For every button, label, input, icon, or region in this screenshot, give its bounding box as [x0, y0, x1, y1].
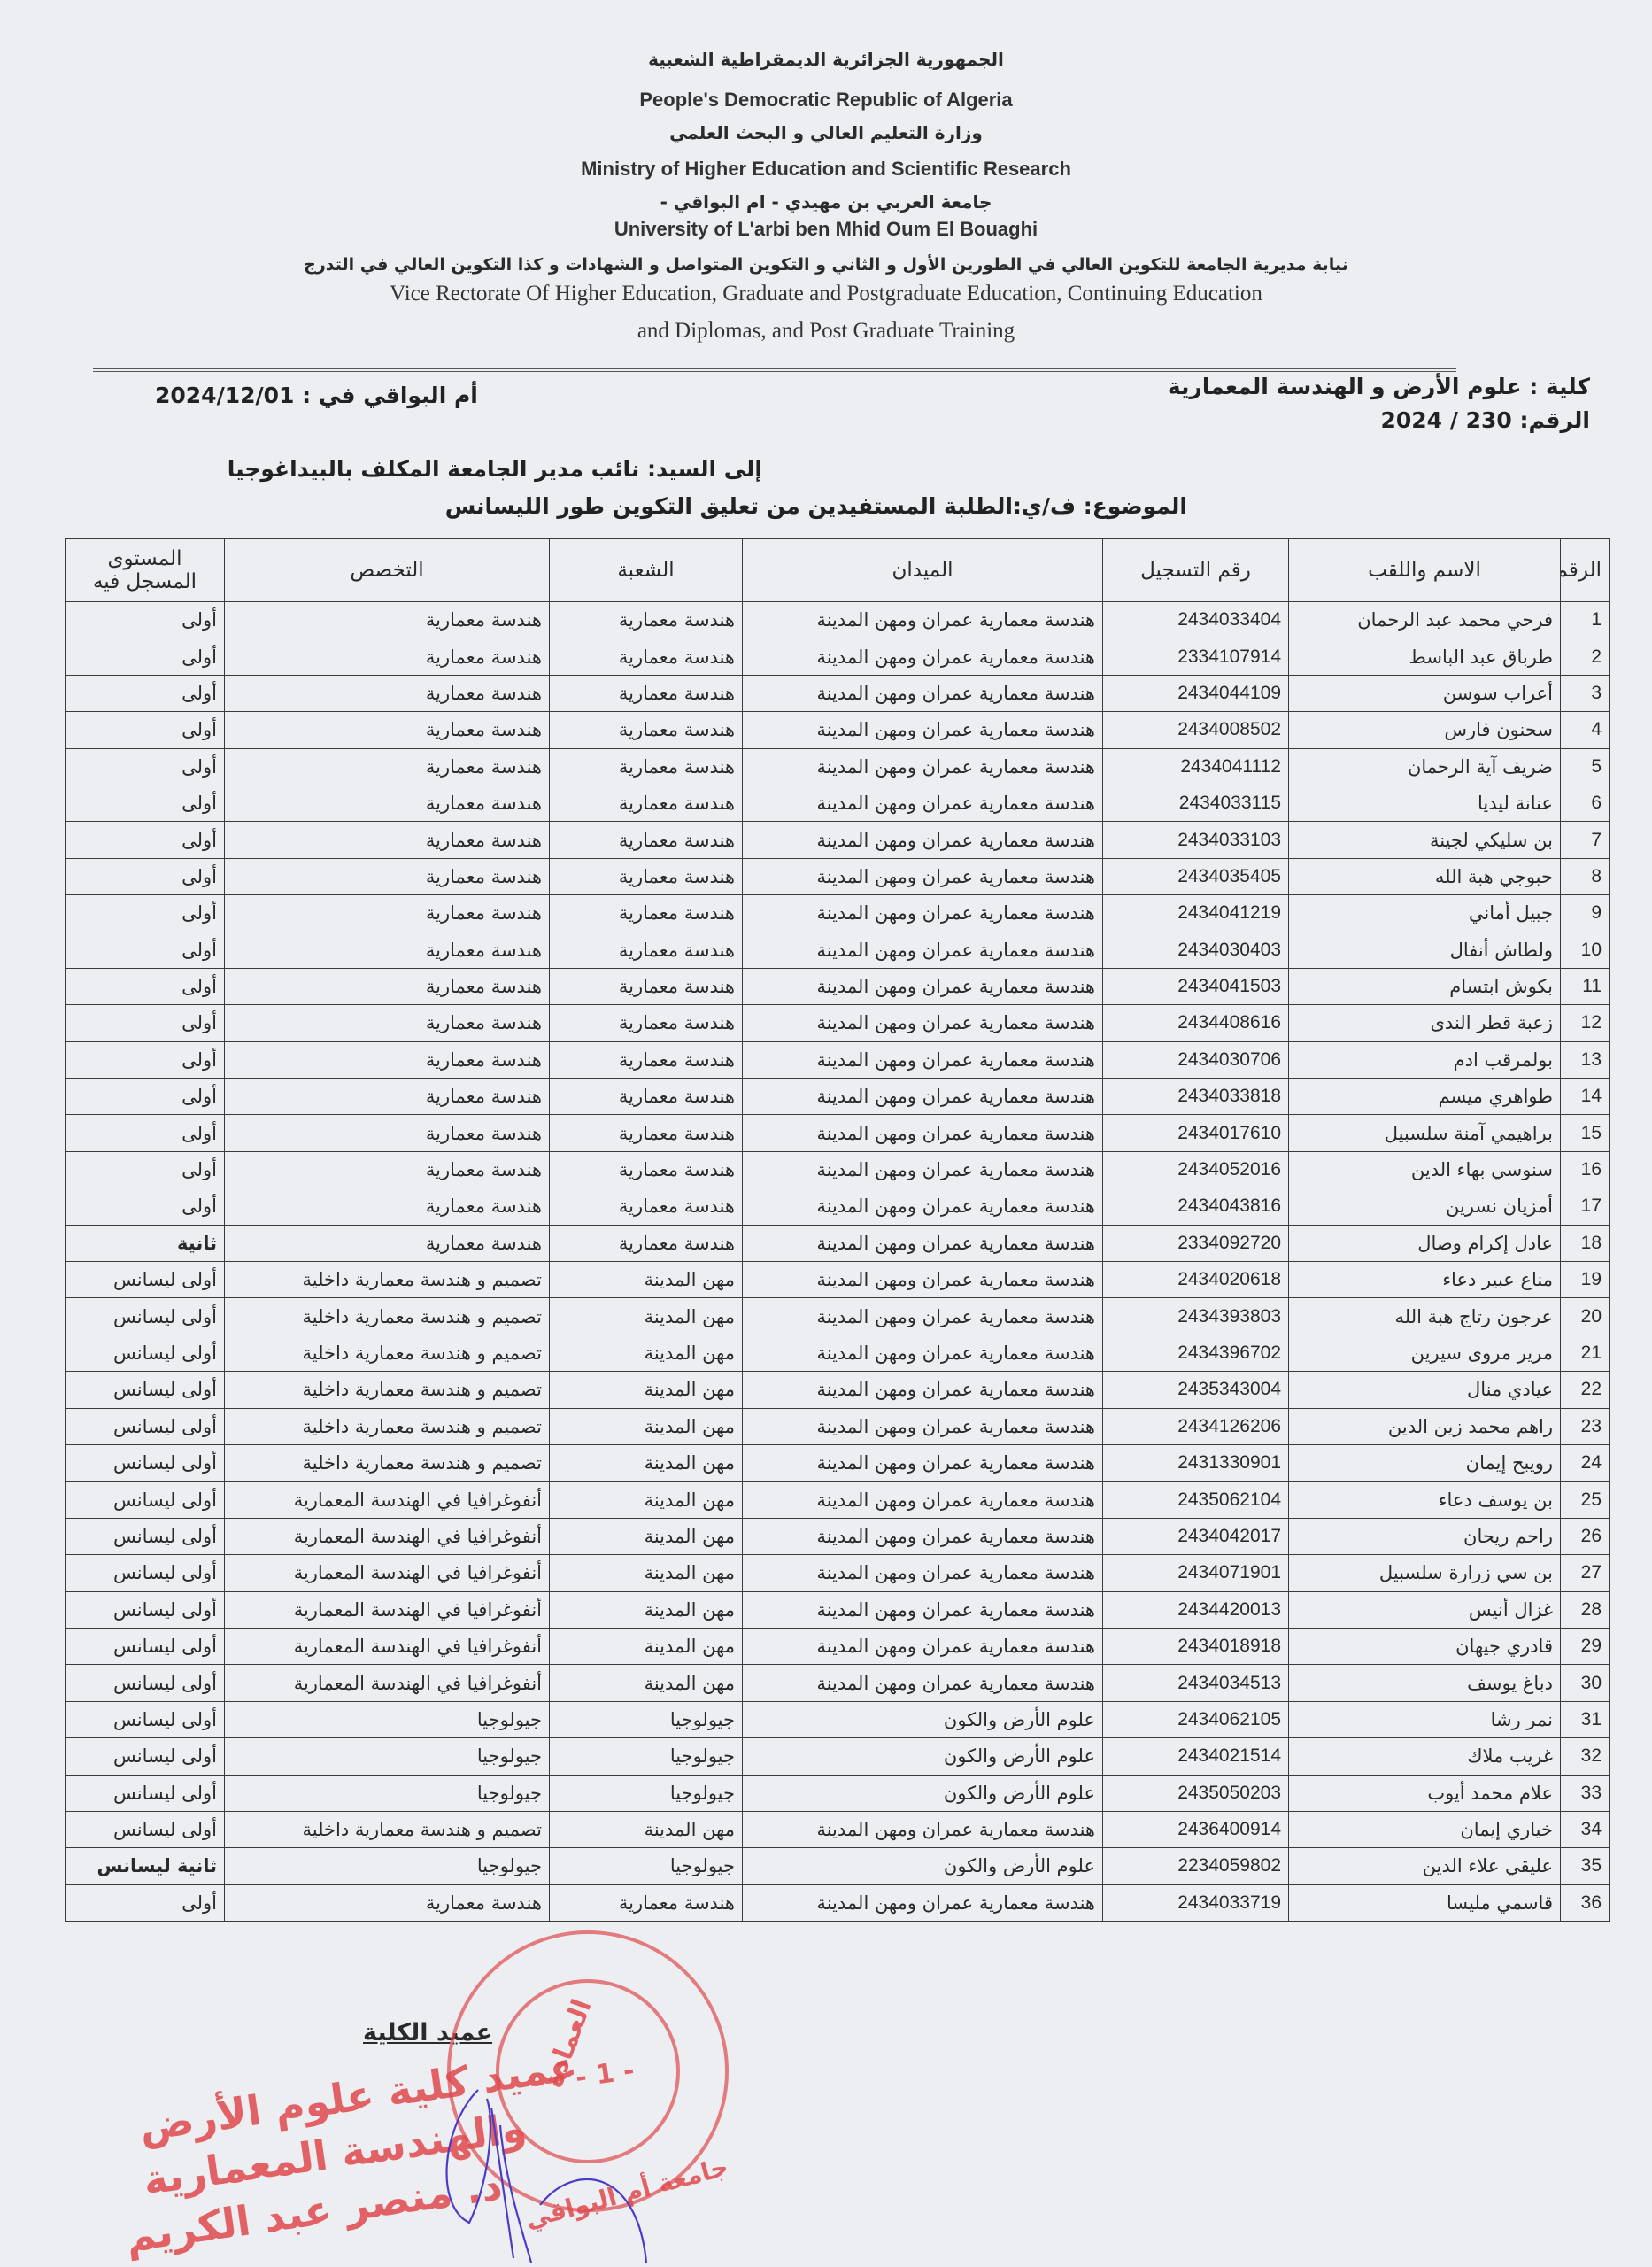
cell-registration-number: 2434042017 [1103, 1518, 1289, 1554]
cell-branch: مهن المدينة [550, 1555, 743, 1591]
cell-domain: هندسة معمارية عمران ومهن المدينة [743, 1298, 1103, 1335]
cell-specialty: تصميم و هندسة معمارية داخلية [225, 1408, 550, 1444]
table-row: 31نمر رشا2434062105علوم الأرض والكونجيول… [66, 1701, 1610, 1737]
cell-row-number: 3 [1561, 675, 1610, 711]
cell-row-number: 5 [1561, 748, 1610, 785]
table-row: 23راهم محمد زين الدين2434126206هندسة معم… [66, 1408, 1610, 1444]
cell-registration-number: 2434008502 [1103, 712, 1289, 748]
cell-registration-number: 2434018918 [1103, 1628, 1289, 1664]
cell-specialty: أنفوغرافيا في الهندسة المعمارية [225, 1482, 550, 1518]
cell-domain: هندسة معمارية عمران ومهن المدينة [743, 675, 1103, 711]
table-row: 34خياري إيمان2436400914هندسة معمارية عمر… [66, 1811, 1610, 1847]
col-header-domain: الميدان [743, 539, 1103, 602]
cell-student-name: جبيل أماني [1289, 895, 1561, 932]
cell-domain: هندسة معمارية عمران ومهن المدينة [743, 858, 1103, 894]
cell-domain: هندسة معمارية عمران ومهن المدينة [743, 1115, 1103, 1151]
cell-specialty: أنفوغرافيا في الهندسة المعمارية [225, 1555, 550, 1591]
cell-level: أولى ليسانس [66, 1372, 225, 1408]
cell-row-number: 29 [1561, 1628, 1610, 1664]
col-header-branch: الشعبة [550, 539, 743, 602]
cell-registration-number: 2435062104 [1103, 1482, 1289, 1518]
cell-domain: علوم الأرض والكون [743, 1701, 1103, 1737]
cell-branch: جيولوجيا [550, 1738, 743, 1775]
col-header-reg: رقم التسجيل [1103, 539, 1289, 602]
cell-student-name: سحنون فارس [1289, 712, 1561, 748]
cell-registration-number: 2434043816 [1103, 1188, 1289, 1225]
cell-specialty: أنفوغرافيا في الهندسة المعمارية [225, 1628, 550, 1664]
cell-level: أولى [66, 1041, 225, 1078]
cell-domain: هندسة معمارية عمران ومهن المدينة [743, 602, 1103, 638]
cell-domain: هندسة معمارية عمران ومهن المدينة [743, 1811, 1103, 1847]
cell-branch: هندسة معمارية [550, 1188, 743, 1225]
country-name-en: People's Democratic Republic of Algeria [0, 89, 1652, 112]
ministry-name-en: Ministry of Higher Education and Scienti… [0, 158, 1652, 181]
cell-registration-number: 2435050203 [1103, 1775, 1289, 1811]
cell-student-name: حبوجي هبة الله [1289, 858, 1561, 894]
cell-specialty: جيولوجيا [225, 1775, 550, 1811]
cell-row-number: 34 [1561, 1811, 1610, 1847]
col-header-name: الاسم واللقب [1289, 539, 1561, 602]
cell-domain: هندسة معمارية عمران ومهن المدينة [743, 1335, 1103, 1371]
cell-registration-number: 2434030403 [1103, 932, 1289, 968]
cell-student-name: قادري جيهان [1289, 1628, 1561, 1664]
table-row: 2طرباق عبد الباسط2334107914هندسة معمارية… [66, 638, 1610, 675]
cell-registration-number: 2434041112 [1103, 748, 1289, 785]
cell-student-name: أعراب سوسن [1289, 675, 1561, 711]
table-row: 14طواهري ميسم2434033818هندسة معمارية عمر… [66, 1079, 1610, 1115]
vice-rectorate-ar: نيابة مديرية الجامعة للتكوين العالي في ا… [0, 255, 1652, 275]
cell-branch: هندسة معمارية [550, 638, 743, 675]
table-row: 25بن يوسف دعاء2435062104هندسة معمارية عم… [66, 1482, 1610, 1518]
cell-specialty: جيولوجيا [225, 1738, 550, 1775]
cell-level: أولى [66, 748, 225, 785]
table-row: 11بكوش ابتسام2434041503هندسة معمارية عمر… [66, 968, 1610, 1004]
cell-specialty: هندسة معمارية [225, 675, 550, 711]
cell-branch: هندسة معمارية [550, 822, 743, 858]
cell-domain: هندسة معمارية عمران ومهن المدينة [743, 1408, 1103, 1444]
cell-branch: مهن المدينة [550, 1372, 743, 1408]
cell-specialty: تصميم و هندسة معمارية داخلية [225, 1335, 550, 1371]
cell-row-number: 11 [1561, 968, 1610, 1004]
cell-student-name: براهيمي آمنة سلسبيل [1289, 1115, 1561, 1151]
cell-level: أولى [66, 1079, 225, 1115]
cell-level: أولى [66, 638, 225, 675]
cell-row-number: 23 [1561, 1408, 1610, 1444]
table-row: 9جبيل أماني2434041219هندسة معمارية عمران… [66, 895, 1610, 932]
cell-level: أولى ليسانس [66, 1811, 225, 1847]
cell-branch: مهن المدينة [550, 1298, 743, 1335]
faculty-label: كلية : علوم الأرض و الهندسة المعمارية [1168, 374, 1590, 399]
cell-student-name: خياري إيمان [1289, 1811, 1561, 1847]
cell-specialty: هندسة معمارية [225, 1225, 550, 1261]
cell-row-number: 6 [1561, 785, 1610, 821]
ministry-name-ar: وزارة التعليم العالي و البحث العلمي [0, 122, 1652, 143]
cell-branch: هندسة معمارية [550, 1225, 743, 1261]
cell-student-name: سنوسي بهاء الدين [1289, 1151, 1561, 1188]
cell-student-name: غريب ملاك [1289, 1738, 1561, 1775]
table-row: 8حبوجي هبة الله2434035405هندسة معمارية ع… [66, 858, 1610, 894]
cell-student-name: زعبة قطر الندى [1289, 1005, 1561, 1041]
cell-registration-number: 2436400914 [1103, 1811, 1289, 1847]
cell-branch: جيولوجيا [550, 1701, 743, 1737]
cell-branch: مهن المدينة [550, 1335, 743, 1371]
table-row: 32غريب ملاك2434021514علوم الأرض والكونجي… [66, 1738, 1610, 1775]
cell-row-number: 35 [1561, 1848, 1610, 1884]
cell-branch: مهن المدينة [550, 1482, 743, 1518]
addressee: إلى السيد: نائب مدير الجامعة المكلف بالب… [228, 456, 762, 482]
cell-student-name: رويبح إيمان [1289, 1444, 1561, 1481]
cell-specialty: أنفوغرافيا في الهندسة المعمارية [225, 1591, 550, 1628]
subject-line: الموضوع: ف/ي:الطلبة المستفيدين من تعليق … [445, 493, 1187, 519]
cell-registration-number: 2334092720 [1103, 1225, 1289, 1261]
cell-specialty: هندسة معمارية [225, 968, 550, 1004]
university-name-ar: جامعة العربي بن مهيدي - ام البواقي - [0, 191, 1652, 213]
cell-specialty: جيولوجيا [225, 1848, 550, 1884]
cell-specialty: هندسة معمارية [225, 1151, 550, 1188]
cell-branch: هندسة معمارية [550, 932, 743, 968]
handwritten-signature-icon [416, 2072, 682, 2267]
cell-registration-number: 2434017610 [1103, 1115, 1289, 1151]
cell-registration-number: 2434044109 [1103, 675, 1289, 711]
cell-student-name: ولطاش أنفال [1289, 932, 1561, 968]
cell-level: أولى [66, 1005, 225, 1041]
cell-level: أولى ليسانس [66, 1482, 225, 1518]
cell-level: أولى [66, 1115, 225, 1151]
cell-registration-number: 2434033404 [1103, 602, 1289, 638]
cell-level: أولى ليسانس [66, 1518, 225, 1554]
cell-level: أولى [66, 712, 225, 748]
table-row: 1فرحي محمد عبد الرحمان2434033404هندسة مع… [66, 602, 1610, 638]
cell-row-number: 28 [1561, 1591, 1610, 1628]
cell-specialty: هندسة معمارية [225, 822, 550, 858]
cell-domain: هندسة معمارية عمران ومهن المدينة [743, 1555, 1103, 1591]
cell-row-number: 20 [1561, 1298, 1610, 1335]
cell-domain: هندسة معمارية عمران ومهن المدينة [743, 1262, 1103, 1298]
cell-row-number: 27 [1561, 1555, 1610, 1591]
cell-level: أولى [66, 1884, 225, 1921]
cell-level: أولى [66, 675, 225, 711]
cell-domain: هندسة معمارية عمران ومهن المدينة [743, 932, 1103, 968]
cell-row-number: 17 [1561, 1188, 1610, 1225]
cell-row-number: 31 [1561, 1701, 1610, 1737]
cell-level: أولى [66, 822, 225, 858]
cell-specialty: هندسة معمارية [225, 895, 550, 932]
cell-row-number: 24 [1561, 1444, 1610, 1481]
cell-specialty: تصميم و هندسة معمارية داخلية [225, 1811, 550, 1847]
cell-level: أولى ليسانس [66, 1298, 225, 1335]
cell-branch: مهن المدينة [550, 1665, 743, 1701]
cell-registration-number: 2434041503 [1103, 968, 1289, 1004]
country-name-ar: الجمهورية الجزائرية الديمقراطية الشعبية [0, 49, 1652, 70]
cell-domain: علوم الأرض والكون [743, 1775, 1103, 1811]
cell-row-number: 22 [1561, 1372, 1610, 1408]
cell-domain: هندسة معمارية عمران ومهن المدينة [743, 895, 1103, 932]
cell-row-number: 26 [1561, 1518, 1610, 1554]
cell-row-number: 33 [1561, 1775, 1610, 1811]
cell-specialty: جيولوجيا [225, 1701, 550, 1737]
place-date: أم البواقي في : 2024/12/01 [155, 383, 478, 408]
cell-domain: هندسة معمارية عمران ومهن المدينة [743, 1188, 1103, 1225]
cell-domain: هندسة معمارية عمران ومهن المدينة [743, 1151, 1103, 1188]
cell-specialty: تصميم و هندسة معمارية داخلية [225, 1372, 550, 1408]
cell-level: أولى ليسانس [66, 1738, 225, 1775]
cell-student-name: بن يوسف دعاء [1289, 1482, 1561, 1518]
cell-specialty: هندسة معمارية [225, 712, 550, 748]
cell-specialty: هندسة معمارية [225, 1884, 550, 1921]
cell-branch: هندسة معمارية [550, 712, 743, 748]
cell-level: أولى ليسانس [66, 1444, 225, 1481]
cell-level: أولى ليسانس [66, 1555, 225, 1591]
cell-domain: هندسة معمارية عمران ومهن المدينة [743, 712, 1103, 748]
cell-domain: هندسة معمارية عمران ومهن المدينة [743, 1591, 1103, 1628]
cell-branch: جيولوجيا [550, 1775, 743, 1811]
cell-registration-number: 2435343004 [1103, 1372, 1289, 1408]
table-row: 19مناع عبير دعاء2434020618هندسة معمارية … [66, 1262, 1610, 1298]
cell-student-name: فرحي محمد عبد الرحمان [1289, 602, 1561, 638]
table-row: 30دباغ يوسف2434034513هندسة معمارية عمران… [66, 1665, 1610, 1701]
cell-level: ثانية [66, 1225, 225, 1261]
cell-row-number: 12 [1561, 1005, 1610, 1041]
table-row: 13بولمرقب ادم2434030706هندسة معمارية عمر… [66, 1041, 1610, 1078]
cell-branch: هندسة معمارية [550, 1115, 743, 1151]
cell-registration-number: 2434052016 [1103, 1151, 1289, 1188]
cell-branch: هندسة معمارية [550, 675, 743, 711]
cell-domain: هندسة معمارية عمران ومهن المدينة [743, 968, 1103, 1004]
cell-branch: مهن المدينة [550, 1811, 743, 1847]
cell-student-name: بن سليكي لجينة [1289, 822, 1561, 858]
cell-branch: هندسة معمارية [550, 968, 743, 1004]
cell-student-name: غزال أنيس [1289, 1591, 1561, 1628]
table-row: 18عادل إكرام وصال2334092720هندسة معمارية… [66, 1225, 1610, 1261]
table-row: 22عيادي منال2435343004هندسة معمارية عمرا… [66, 1372, 1610, 1408]
cell-student-name: مناع عبير دعاء [1289, 1262, 1561, 1298]
col-header-num: الرقم [1561, 539, 1610, 602]
cell-row-number: 8 [1561, 858, 1610, 894]
cell-student-name: ضريف آية الرحمان [1289, 748, 1561, 785]
cell-student-name: مرير مروى سيرين [1289, 1335, 1561, 1371]
cell-registration-number: 2434420013 [1103, 1591, 1289, 1628]
cell-domain: هندسة معمارية عمران ومهن المدينة [743, 638, 1103, 675]
cell-registration-number: 2434041219 [1103, 895, 1289, 932]
cell-specialty: هندسة معمارية [225, 748, 550, 785]
table-row: 33علام محمد أيوب2435050203علوم الأرض وال… [66, 1775, 1610, 1811]
cell-level: أولى ليسانس [66, 1665, 225, 1701]
cell-row-number: 9 [1561, 895, 1610, 932]
table-row: 21مرير مروى سيرين2434396702هندسة معمارية… [66, 1335, 1610, 1371]
cell-branch: مهن المدينة [550, 1408, 743, 1444]
cell-branch: مهن المدينة [550, 1262, 743, 1298]
cell-domain: هندسة معمارية عمران ومهن المدينة [743, 1372, 1103, 1408]
cell-student-name: عنانة ليديا [1289, 785, 1561, 821]
table-row: 5ضريف آية الرحمان2434041112هندسة معمارية… [66, 748, 1610, 785]
cell-row-number: 13 [1561, 1041, 1610, 1078]
cell-level: أولى ليسانس [66, 1701, 225, 1737]
cell-row-number: 4 [1561, 712, 1610, 748]
cell-row-number: 2 [1561, 638, 1610, 675]
col-header-specialty: التخصص [225, 539, 550, 602]
cell-row-number: 16 [1561, 1151, 1610, 1188]
cell-specialty: أنفوغرافيا في الهندسة المعمارية [225, 1518, 550, 1554]
cell-branch: هندسة معمارية [550, 1005, 743, 1041]
cell-level: أولى ليسانس [66, 1628, 225, 1664]
cell-registration-number: 2434062105 [1103, 1701, 1289, 1737]
cell-student-name: بكوش ابتسام [1289, 968, 1561, 1004]
vice-rectorate-en-line2: and Diplomas, and Post Graduate Training [0, 319, 1652, 344]
cell-specialty: هندسة معمارية [225, 602, 550, 638]
cell-registration-number: 2434126206 [1103, 1408, 1289, 1444]
table-row: 15براهيمي آمنة سلسبيل2434017610هندسة معم… [66, 1115, 1610, 1151]
cell-row-number: 18 [1561, 1225, 1610, 1261]
table-row: 16سنوسي بهاء الدين2434052016هندسة معماري… [66, 1151, 1610, 1188]
cell-level: أولى [66, 932, 225, 968]
cell-domain: هندسة معمارية عمران ومهن المدينة [743, 822, 1103, 858]
cell-registration-number: 2434033719 [1103, 1884, 1289, 1921]
cell-level: أولى ليسانس [66, 1775, 225, 1811]
cell-branch: هندسة معمارية [550, 785, 743, 821]
cell-student-name: أمزيان نسرين [1289, 1188, 1561, 1225]
cell-branch: مهن المدينة [550, 1628, 743, 1664]
cell-student-name: راهم محمد زين الدين [1289, 1408, 1561, 1444]
cell-row-number: 15 [1561, 1115, 1610, 1151]
cell-branch: هندسة معمارية [550, 895, 743, 932]
cell-registration-number: 2434033103 [1103, 822, 1289, 858]
cell-row-number: 25 [1561, 1482, 1610, 1518]
cell-level: أولى ليسانس [66, 1408, 225, 1444]
cell-domain: هندسة معمارية عمران ومهن المدينة [743, 1041, 1103, 1078]
cell-registration-number: 2434021514 [1103, 1738, 1289, 1775]
cell-row-number: 14 [1561, 1079, 1610, 1115]
cell-branch: هندسة معمارية [550, 602, 743, 638]
table-row: 26راحم ريحان2434042017هندسة معمارية عمرا… [66, 1518, 1610, 1554]
cell-level: أولى [66, 1151, 225, 1188]
col-header-level: المستوى المسجل فيه [66, 539, 225, 602]
cell-level: أولى [66, 858, 225, 894]
cell-specialty: هندسة معمارية [225, 932, 550, 968]
cell-specialty: تصميم و هندسة معمارية داخلية [225, 1298, 550, 1335]
cell-registration-number: 2334107914 [1103, 638, 1289, 675]
cell-specialty: هندسة معمارية [225, 858, 550, 894]
cell-branch: هندسة معمارية [550, 1079, 743, 1115]
cell-branch: هندسة معمارية [550, 1151, 743, 1188]
cell-student-name: عليقي علاء الدين [1289, 1848, 1561, 1884]
cell-domain: هندسة معمارية عمران ومهن المدينة [743, 1518, 1103, 1554]
cell-registration-number: 2431330901 [1103, 1444, 1289, 1481]
cell-row-number: 10 [1561, 932, 1610, 968]
cell-registration-number: 2434033818 [1103, 1079, 1289, 1115]
cell-specialty: هندسة معمارية [225, 785, 550, 821]
cell-registration-number: 2434396702 [1103, 1335, 1289, 1371]
cell-specialty: هندسة معمارية [225, 1188, 550, 1225]
cell-domain: علوم الأرض والكون [743, 1848, 1103, 1884]
table-row: 35عليقي علاء الدين2234059802علوم الأرض و… [66, 1848, 1610, 1884]
cell-branch: هندسة معمارية [550, 1041, 743, 1078]
university-name-en: University of L'arbi ben Mhid Oum El Bou… [0, 218, 1652, 241]
cell-specialty: تصميم و هندسة معمارية داخلية [225, 1262, 550, 1298]
cell-level: أولى [66, 968, 225, 1004]
cell-registration-number: 2434035405 [1103, 858, 1289, 894]
cell-student-name: عيادي منال [1289, 1372, 1561, 1408]
cell-registration-number: 2434034513 [1103, 1665, 1289, 1701]
cell-student-name: بولمرقب ادم [1289, 1041, 1561, 1078]
table-body: 1فرحي محمد عبد الرحمان2434033404هندسة مع… [66, 602, 1610, 1922]
cell-student-name: عادل إكرام وصال [1289, 1225, 1561, 1261]
cell-level: أولى [66, 1188, 225, 1225]
table-row: 12زعبة قطر الندى2434408616هندسة معمارية … [66, 1005, 1610, 1041]
cell-domain: هندسة معمارية عمران ومهن المدينة [743, 1482, 1103, 1518]
cell-registration-number: 2434020618 [1103, 1262, 1289, 1298]
cell-domain: هندسة معمارية عمران ومهن المدينة [743, 1884, 1103, 1921]
cell-level: ثانية ليسانس [66, 1848, 225, 1884]
cell-student-name: علام محمد أيوب [1289, 1775, 1561, 1811]
table-row: 4سحنون فارس2434008502هندسة معمارية عمران… [66, 712, 1610, 748]
cell-student-name: طواهري ميسم [1289, 1079, 1561, 1115]
cell-registration-number: 2234059802 [1103, 1848, 1289, 1884]
cell-student-name: عرجون رتاج هبة الله [1289, 1298, 1561, 1335]
cell-student-name: طرباق عبد الباسط [1289, 638, 1561, 675]
cell-domain: هندسة معمارية عمران ومهن المدينة [743, 748, 1103, 785]
cell-row-number: 30 [1561, 1665, 1610, 1701]
cell-branch: هندسة معمارية [550, 748, 743, 785]
table-row: 7بن سليكي لجينة2434033103هندسة معمارية ع… [66, 822, 1610, 858]
reference-number: الرقم: 230 / 2024 [1380, 407, 1590, 433]
cell-branch: مهن المدينة [550, 1591, 743, 1628]
cell-level: أولى [66, 602, 225, 638]
cell-branch: هندسة معمارية [550, 858, 743, 894]
table-row: 20عرجون رتاج هبة الله2434393803هندسة معم… [66, 1298, 1610, 1335]
cell-domain: هندسة معمارية عمران ومهن المدينة [743, 1225, 1103, 1261]
cell-domain: هندسة معمارية عمران ومهن المدينة [743, 785, 1103, 821]
cell-specialty: هندسة معمارية [225, 1115, 550, 1151]
cell-registration-number: 2434030706 [1103, 1041, 1289, 1078]
cell-branch: جيولوجيا [550, 1848, 743, 1884]
table-row: 17أمزيان نسرين2434043816هندسة معمارية عم… [66, 1188, 1610, 1225]
cell-row-number: 1 [1561, 602, 1610, 638]
cell-branch: مهن المدينة [550, 1518, 743, 1554]
cell-row-number: 32 [1561, 1738, 1610, 1775]
cell-level: أولى ليسانس [66, 1262, 225, 1298]
cell-domain: هندسة معمارية عمران ومهن المدينة [743, 1444, 1103, 1481]
cell-specialty: هندسة معمارية [225, 1041, 550, 1078]
cell-registration-number: 2434393803 [1103, 1298, 1289, 1335]
cell-specialty: تصميم و هندسة معمارية داخلية [225, 1444, 550, 1481]
cell-level: أولى [66, 785, 225, 821]
cell-registration-number: 2434408616 [1103, 1005, 1289, 1041]
cell-student-name: نمر رشا [1289, 1701, 1561, 1737]
students-table: الرقم الاسم واللقب رقم التسجيل الميدان ا… [65, 538, 1610, 1922]
table-row: 3أعراب سوسن2434044109هندسة معمارية عمران… [66, 675, 1610, 711]
cell-branch: مهن المدينة [550, 1444, 743, 1481]
cell-level: أولى ليسانس [66, 1591, 225, 1628]
table-header-row: الرقم الاسم واللقب رقم التسجيل الميدان ا… [66, 539, 1610, 602]
cell-specialty: هندسة معمارية [225, 638, 550, 675]
table-row: 10ولطاش أنفال2434030403هندسة معمارية عمر… [66, 932, 1610, 968]
cell-branch: هندسة معمارية [550, 1884, 743, 1921]
cell-row-number: 19 [1561, 1262, 1610, 1298]
table-row: 36قاسمي مليسا2434033719هندسة معمارية عمر… [66, 1884, 1610, 1921]
table-row: 6عنانة ليديا2434033115هندسة معمارية عمرا… [66, 785, 1610, 821]
cell-level: أولى [66, 895, 225, 932]
cell-row-number: 21 [1561, 1335, 1610, 1371]
cell-student-name: دباغ يوسف [1289, 1665, 1561, 1701]
cell-domain: هندسة معمارية عمران ومهن المدينة [743, 1628, 1103, 1664]
cell-row-number: 36 [1561, 1884, 1610, 1921]
cell-specialty: هندسة معمارية [225, 1005, 550, 1041]
cell-domain: هندسة معمارية عمران ومهن المدينة [743, 1079, 1103, 1115]
cell-level: أولى ليسانس [66, 1335, 225, 1371]
cell-domain: هندسة معمارية عمران ومهن المدينة [743, 1665, 1103, 1701]
cell-student-name: راحم ريحان [1289, 1518, 1561, 1554]
cell-domain: هندسة معمارية عمران ومهن المدينة [743, 1005, 1103, 1041]
